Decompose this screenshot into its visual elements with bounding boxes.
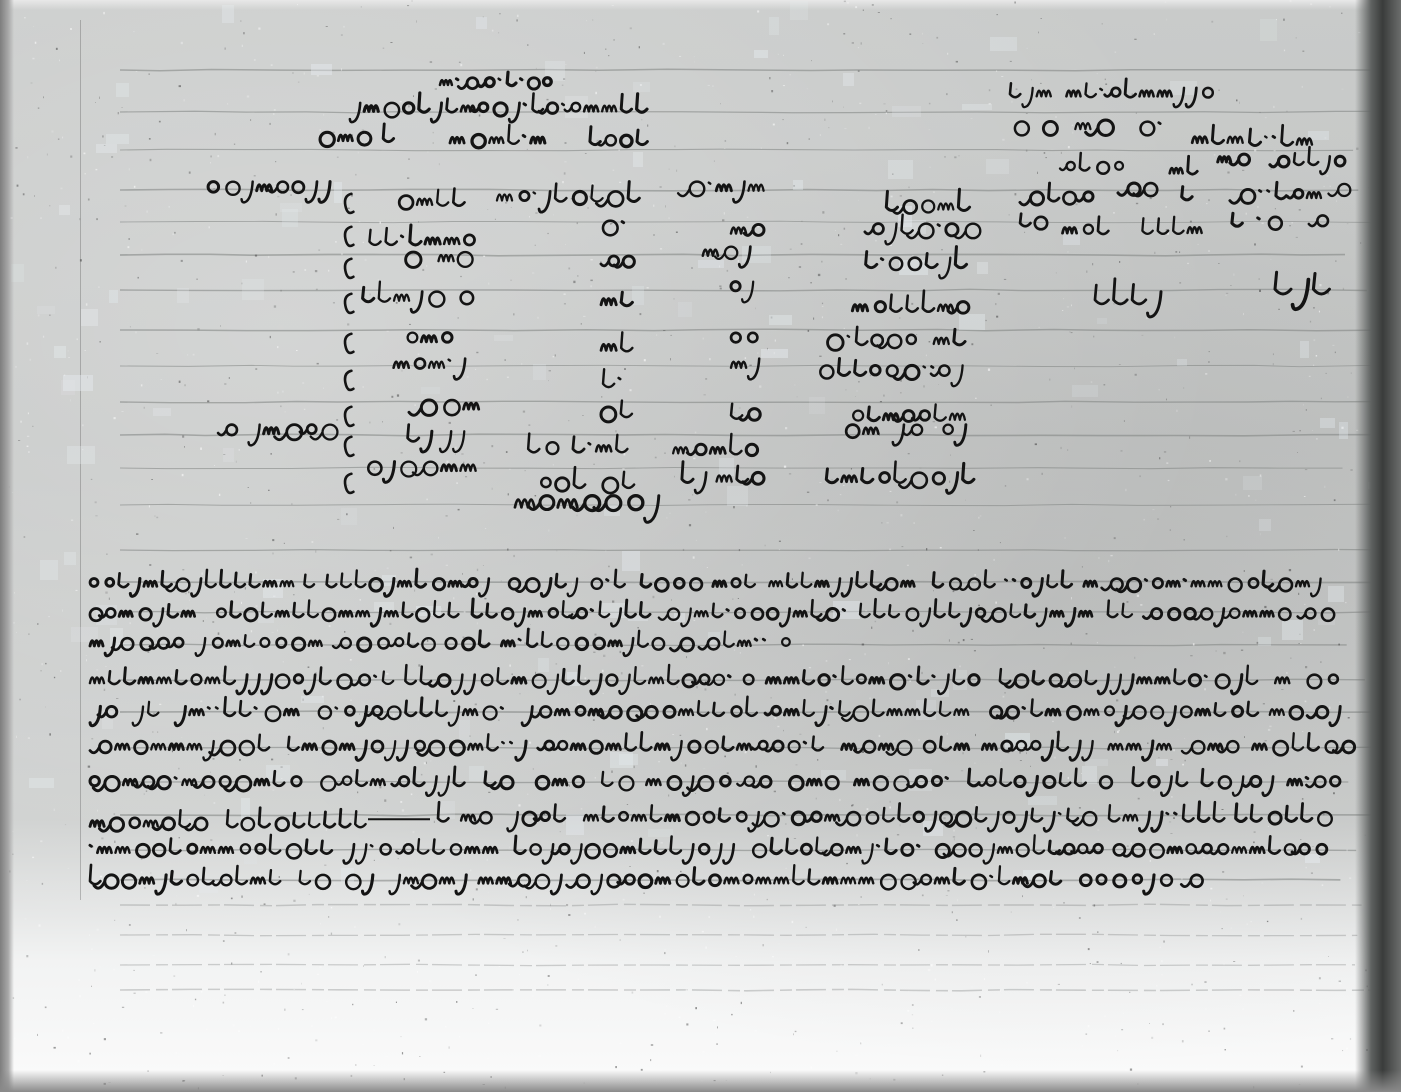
top-right-row-2 bbox=[1270, 147, 1345, 174]
body-line-7 bbox=[90, 767, 1340, 796]
top-right-title bbox=[1010, 79, 1213, 107]
top-right-row-3 bbox=[1020, 183, 1093, 205]
table-cell bbox=[682, 462, 764, 493]
row-number bbox=[345, 259, 353, 278]
table-cell bbox=[408, 333, 452, 343]
body-line-4 bbox=[90, 665, 1338, 694]
table-cell bbox=[731, 333, 757, 342]
body-line-10 bbox=[90, 865, 1203, 894]
top-right-row-3 bbox=[1328, 184, 1350, 196]
top-right-row-4 bbox=[1309, 215, 1328, 226]
table-cell bbox=[731, 404, 760, 420]
table-cell bbox=[828, 327, 965, 350]
table-cell bbox=[852, 291, 968, 313]
row-number bbox=[345, 437, 353, 456]
table-cell bbox=[866, 247, 967, 279]
table-cell bbox=[731, 359, 759, 380]
header-line-2 bbox=[350, 93, 647, 122]
top-right-row-2 bbox=[1060, 153, 1123, 174]
top-right-row-2 bbox=[1170, 156, 1198, 174]
row-number bbox=[345, 407, 353, 426]
table-cell bbox=[603, 369, 620, 387]
body-line-3 bbox=[90, 629, 790, 656]
table-cell bbox=[601, 256, 634, 267]
table-cell bbox=[826, 462, 974, 494]
top-right-row-4 bbox=[1142, 217, 1201, 234]
table-footer bbox=[515, 496, 659, 523]
table-cell bbox=[541, 467, 634, 493]
row-number bbox=[345, 294, 353, 313]
row-number bbox=[345, 227, 353, 246]
table-cell bbox=[601, 332, 632, 351]
top-right-row-1 bbox=[1249, 125, 1312, 145]
body-line-6 bbox=[90, 732, 1355, 760]
header-line-3 bbox=[450, 125, 545, 148]
table-cell bbox=[865, 215, 980, 245]
body-line-9 bbox=[90, 835, 1327, 864]
header-line-3 bbox=[320, 124, 394, 147]
header-line-1 bbox=[440, 72, 551, 89]
row-number bbox=[345, 194, 353, 213]
paper-left-edge bbox=[0, 0, 14, 1092]
table-cell bbox=[820, 359, 962, 387]
top-right-row-3 bbox=[1230, 182, 1321, 203]
table-cell bbox=[399, 189, 464, 210]
top-right-row-1 bbox=[1141, 122, 1161, 136]
table-cell bbox=[703, 247, 751, 268]
top-right-row-1 bbox=[1075, 120, 1113, 135]
table-cell bbox=[394, 359, 466, 380]
body-line-1 bbox=[90, 569, 1321, 596]
table-cell bbox=[673, 434, 757, 456]
table-cell bbox=[731, 282, 753, 303]
table-cell bbox=[369, 225, 474, 245]
table-cell bbox=[363, 282, 474, 313]
table-cell bbox=[368, 462, 475, 483]
top-right-row-4 bbox=[1020, 214, 1047, 230]
table-cell bbox=[406, 252, 473, 267]
table-cell bbox=[731, 224, 764, 235]
body-line-8 bbox=[438, 802, 1332, 831]
top-right-row-1 bbox=[1192, 125, 1242, 143]
top-right-total bbox=[1095, 279, 1161, 317]
table-cell bbox=[601, 292, 632, 305]
top-right-row-1 bbox=[1015, 121, 1057, 135]
table-cell bbox=[208, 182, 330, 203]
top-right-row-4 bbox=[1063, 217, 1109, 234]
table-cell bbox=[528, 434, 627, 454]
row-number bbox=[345, 334, 353, 353]
row-number bbox=[345, 474, 353, 493]
table-cell bbox=[601, 401, 632, 422]
body-line-8 bbox=[90, 808, 366, 832]
body-line-2 bbox=[90, 599, 1334, 626]
row-number bbox=[345, 371, 353, 390]
paper-bottom-edge bbox=[0, 1070, 1401, 1092]
table-cell bbox=[218, 425, 337, 446]
top-right-row-2 bbox=[1218, 154, 1250, 165]
table-cell bbox=[409, 400, 479, 415]
header-line-3 bbox=[590, 127, 647, 147]
top-right-row-3 bbox=[1118, 183, 1157, 196]
top-right-row-3 bbox=[1182, 187, 1192, 200]
top-right-total bbox=[1275, 272, 1329, 309]
table-cell bbox=[853, 404, 965, 421]
table-cell bbox=[846, 425, 966, 446]
table-cell bbox=[408, 425, 465, 452]
handwriting-layer bbox=[0, 0, 1401, 1092]
top-right-row-4 bbox=[1232, 213, 1282, 229]
manuscript-scan bbox=[0, 0, 1401, 1092]
table-cell bbox=[886, 189, 969, 213]
body-line-5 bbox=[90, 697, 1340, 726]
table-cell bbox=[678, 182, 764, 203]
paper-right-edge bbox=[1355, 0, 1401, 1092]
table-cell bbox=[603, 221, 624, 236]
table-cell bbox=[497, 182, 639, 213]
